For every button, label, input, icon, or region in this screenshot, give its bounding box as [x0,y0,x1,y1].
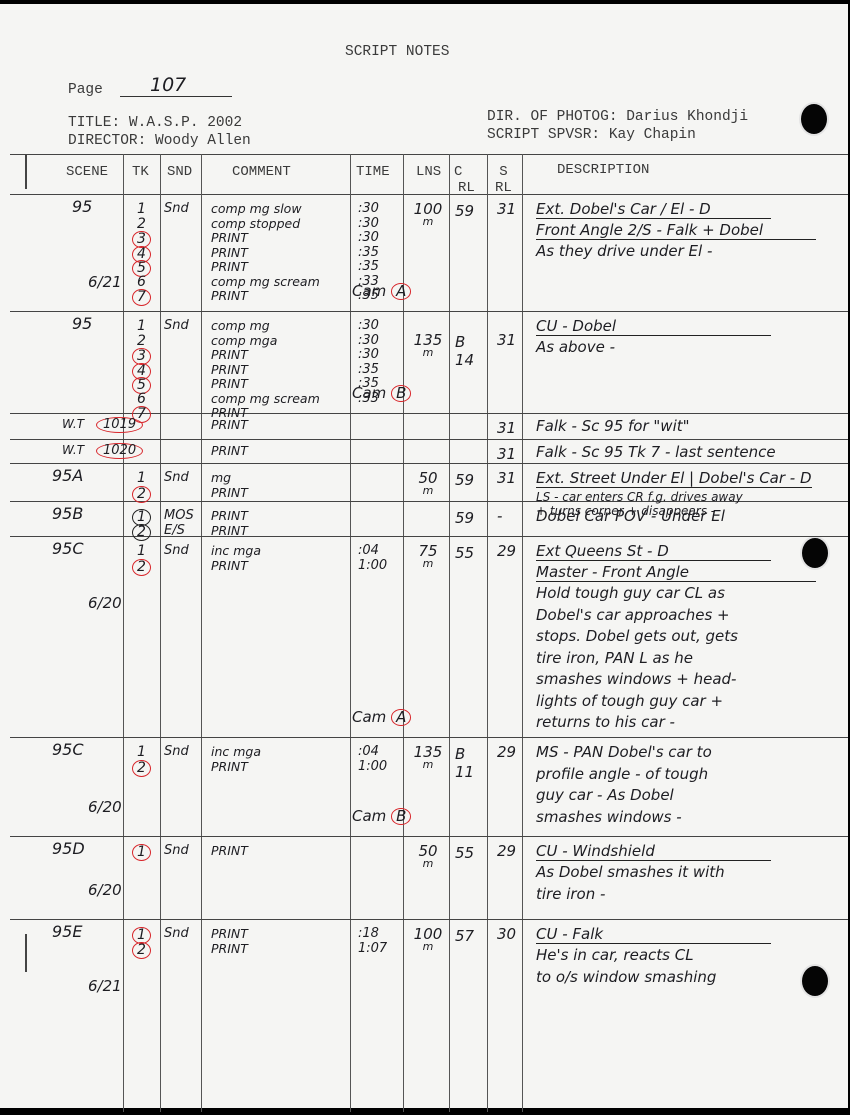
text: Snd [164,844,189,859]
text: Snd [164,745,189,760]
comment-entry: PRINT [211,231,320,246]
col-srl: S RL [495,164,512,196]
take-time [358,406,379,421]
text: 1020 [96,443,143,459]
comment-entry: comp mg slow [211,202,320,217]
lens-cell: 100m [411,202,445,226]
sound-cell: Snd [164,745,189,760]
description-text: Falk - Sc 95 for "wit" [536,417,690,435]
row-divider [10,439,848,440]
comment-entry: PRINT [211,418,248,433]
comment-entry: PRINT [211,509,248,524]
page-label: Page [68,82,103,98]
camera-roll-cell: 59 [455,509,474,527]
sound-roll-cell: 29 [497,745,516,760]
camera-roll-cell: 57 [455,927,474,945]
camera-mark: Cam A [352,283,411,300]
comment-list: mgPRINT [211,471,248,500]
text: m [411,486,445,495]
text: 2 [132,486,151,503]
sound-cell: Snd [164,927,189,942]
sound-cell: Snd [164,319,189,334]
take-number: 2 [123,334,160,349]
description-heading: Ext. Dobel's Car / El - D [536,200,771,219]
time-list: :041:00 [358,745,387,774]
description-heading: Front Angle 2/S - Falk + Dobel [536,221,816,240]
text: m [411,859,445,868]
page-number: 107 [150,74,186,96]
take-number-circled: 2 [123,559,160,574]
col-tk: TK [132,164,149,180]
director-line: DIRECTOR: Woody Allen [68,132,251,150]
margin-mark [25,154,27,189]
comment-entry: mg [211,471,248,486]
sound-roll-cell: 29 [497,544,516,559]
text: W.T [62,417,84,431]
camera-roll-cell: 59 [455,471,474,489]
scene-cell: 95B [52,507,83,522]
comment-list: comp mgcomp mgaPRINTPRINTPRINTcomp mg sc… [211,319,320,421]
text: A [391,709,411,726]
text: 2 [132,760,151,777]
take-time: :18 [358,927,387,942]
take-number: 1 [123,544,160,559]
comment-entry: inc mga [211,745,261,760]
sound-roll-cell: 31 [497,447,516,462]
sound-roll-cell: 29 [497,844,516,859]
row-divider [10,737,848,738]
description-text: Dobel's car approaches + [536,606,730,624]
text: B [455,333,474,351]
comment-entry: PRINT [211,377,320,392]
comment-entry: PRINT [211,289,320,304]
take-time: :30 [358,202,379,217]
row-divider [10,836,848,837]
scene-cell: 95A [52,469,83,484]
camera-roll-cell: B11 [455,745,474,781]
take-list: 12 [123,745,160,774]
description-text: smashes windows + head- [536,670,736,688]
header-right: DIR. OF PHOTOG: Darius Khondji SCRIPT SP… [487,108,748,144]
sound-roll-cell: 31 [497,333,516,348]
lens-cell: 50m [411,844,445,868]
take-number: 1 [123,471,160,486]
time-list: :181:07 [358,927,387,956]
supervisor-line: SCRIPT SPVSR: Kay Chapin [487,126,748,144]
take-number: 1 [123,745,160,760]
take-time: :30 [358,231,379,246]
description-text: Dobel Car POV - Under El [536,507,725,525]
comment-entry: inc mga [211,544,261,559]
camera-mark: Cam B [352,385,411,402]
camera-roll-cell: 59 [455,202,474,220]
sound-roll-cell: 31 [497,202,516,217]
take-time: :35 [358,246,379,261]
take-number-circled: 1 [123,844,160,859]
description-text: returns to his car - [536,713,675,731]
take-list: 12 [123,471,160,500]
text: Snd [164,319,189,334]
text: A [391,283,411,300]
text: MOS [164,509,194,524]
comment-entry: comp stopped [211,217,320,232]
lens-cell: 100m [411,927,445,951]
description-text: tire iron, PAN L as he [536,649,693,667]
col-time: TIME [356,164,390,180]
comment-entry: PRINT [211,927,248,942]
take-time: :30 [358,319,379,334]
take-number-circled: 7 [123,289,160,304]
text: Snd [164,927,189,942]
comment-entry: PRINT [211,486,248,501]
comment-entry: PRINT [211,942,248,957]
text: Snd [164,471,189,486]
take-list: 12 [123,544,160,573]
text: B [455,745,474,763]
sound-roll-cell: 31 [497,421,516,436]
take-number-circled: 4 [123,363,160,378]
shoot-date: 6/20 [88,800,122,815]
description-text: As they drive under El - [536,242,712,260]
take-number-circled: 3 [123,348,160,363]
column-divider [160,154,161,1112]
text: B [391,385,411,402]
take-number-circled: 2 [123,942,160,957]
take-time: :35 [358,363,379,378]
text: 14 [455,351,474,369]
shoot-date: 6/21 [88,979,122,994]
col-comment: COMMENT [232,164,291,180]
take-number-circled: 5 [123,377,160,392]
row-divider [10,311,848,312]
text: Snd [164,544,189,559]
text: 2 [132,524,151,541]
description-heading: Ext Queens St - D [536,542,771,561]
col-lns: LNS [416,164,441,180]
comment-entry: comp mg scream [211,392,320,407]
lens-cell: 50m [411,471,445,495]
lens-cell: 135m [411,333,445,357]
take-time: :04 [358,544,387,559]
scene-cell: 95 [72,317,92,332]
text: 59 [455,471,474,489]
lens-cell: 135m [411,745,445,769]
col-crl: C RL [454,164,475,196]
description-text: stops. Dobel gets out, gets [536,627,738,645]
description-heading: CU - Falk [536,925,771,944]
description-text: LS - car enters CR f.g. drives away [536,490,743,504]
camera-roll-cell: 55 [455,544,474,562]
punch-hole-top [801,104,827,134]
column-divider [487,154,488,1112]
time-list: :30:30:30:35:35:33 [358,319,379,421]
description-text: to o/s window smashing [536,968,716,986]
description-heading: CU - Dobel [536,317,771,336]
description-text: He's in car, reacts CL [536,946,694,964]
scene-cell: 95C [52,542,84,557]
dop-line: DIR. OF PHOTOG: Darius Khondji [487,108,748,126]
col-scene: SCENE [66,164,108,180]
take-time: 1:00 [358,559,387,574]
sound-roll-cell: 30 [497,927,516,942]
scene-cell: 95E [52,925,82,940]
column-divider [201,154,202,1112]
take-time: :30 [358,217,379,232]
text: 2 [132,942,151,959]
comment-entry: PRINT [211,246,320,261]
camera-mark: Cam B [352,808,411,825]
text: Snd [164,202,189,217]
comment-entry: PRINT [211,348,320,363]
script-notes-page: SCRIPT NOTES Page 107 TITLE: W.A.S.P. 20… [0,4,848,1108]
column-divider [350,154,351,1112]
shoot-date: 6/20 [88,596,122,611]
row-divider [10,154,848,155]
description-text: Hold tough guy car CL as [536,584,725,602]
comment-list: comp mg slowcomp stoppedPRINTPRINTPRINTc… [211,202,320,304]
scene-cell: 95C [52,743,84,758]
comment-entry: comp mga [211,334,320,349]
description-text: As Dobel smashes it with [536,863,725,881]
take-number-circled: 1 [123,927,160,942]
take-time: :30 [358,348,379,363]
take-number-circled: 4 [123,246,160,261]
comment-list: PRINT [211,444,248,459]
description-text: profile angle - of tough [536,765,708,783]
description-text: As above - [536,338,615,356]
col-snd: SND [167,164,192,180]
shoot-date: 6/20 [88,883,122,898]
take-list: 1234567 [123,319,160,421]
text: 1 [132,844,151,861]
comment-entry: PRINT [211,524,248,539]
description-text: guy car - As Dobel [536,786,674,804]
take-list: 12 [123,927,160,956]
sound-cell: Snd [164,544,189,559]
text: E/S [164,524,194,539]
col-description: DESCRIPTION [557,162,649,178]
camera-roll-cell: B14 [455,333,474,369]
text: 59 [455,202,474,220]
text: Cam [352,384,386,402]
text: m [411,559,445,568]
take-number-circled: 2 [123,524,160,539]
description-heading: CU - Windshield [536,842,771,861]
text: Cam [352,807,386,825]
row-divider [10,463,848,464]
description-text: smashes windows - [536,808,682,826]
take-number-circled: 2 [123,486,160,501]
description-text: MS - PAN Dobel's car to [536,743,712,761]
text: 55 [455,544,474,562]
comment-entry: PRINT [211,844,248,859]
camera-mark: Cam A [352,709,411,726]
text: 7 [132,289,151,306]
row-divider [10,919,848,920]
comment-list: PRINTPRINT [211,509,248,538]
comment-entry: PRINT [211,363,320,378]
row-divider [10,194,848,195]
comment-entry: PRINT [211,444,248,459]
comment-entry: comp mg [211,319,320,334]
title-line: TITLE: W.A.S.P. 2002 [68,114,251,132]
scene-cell: W.T [62,443,84,458]
text: B [391,808,411,825]
comment-list: PRINT [211,418,248,433]
text: 2 [132,559,151,576]
comment-list: inc mgaPRINT [211,544,261,573]
sound-cell: MOSE/S [164,509,194,538]
column-divider [522,154,523,1112]
take-time: 1:07 [358,942,387,957]
take-number: 6 [123,392,160,407]
take-list: 1 [123,844,160,859]
take-time: 1:00 [358,760,387,775]
take-number: 2 [123,217,160,232]
take-time: :30 [358,334,379,349]
sound-cell: Snd [164,471,189,486]
comment-list: PRINT [211,844,248,859]
header-left: TITLE: W.A.S.P. 2002 DIRECTOR: Woody All… [68,114,251,150]
text: 1019 [96,417,143,433]
text: W.T [62,443,84,457]
description-heading: Master - Front Angle [536,563,816,582]
take-list: 1234567 [123,202,160,304]
comment-entry: PRINT [211,559,261,574]
take-number-circled: 3 [123,231,160,246]
comment-entry: PRINT [211,260,320,275]
comment-list: inc mgaPRINT [211,745,261,774]
text: Cam [352,282,386,300]
shoot-date: 6/21 [88,275,122,290]
punch-hole-bottom [802,966,828,996]
scene-cell: 95D [52,842,85,857]
take-number: 6 [123,275,160,290]
take-time: :04 [358,745,387,760]
take-number: 1 [123,319,160,334]
description-heading: Ext. Street Under El | Dobel's Car - D [536,469,812,488]
margin-mark [25,934,27,972]
text: 59 [455,509,474,527]
comment-entry: comp mg scream [211,275,320,290]
document-heading: SCRIPT NOTES [345,44,449,60]
sound-cell: Snd [164,202,189,217]
camera-roll-cell: 55 [455,844,474,862]
take-number-circled: 2 [123,760,160,775]
lens-cell: 75m [411,544,445,568]
text: 55 [455,844,474,862]
page-number-line [120,96,232,97]
text: Cam [352,708,386,726]
text: 57 [455,927,474,945]
sound-cell: Snd [164,844,189,859]
take-number-circled: 5 [123,260,160,275]
time-list: :041:00 [358,544,387,573]
take-number-circled: 1 [123,509,160,524]
wild-track-number: 1020 [96,443,143,459]
comment-list: PRINTPRINT [211,927,248,956]
take-number: 1 [123,202,160,217]
sound-roll-cell: 31 [497,471,516,486]
comment-entry: PRINT [211,760,261,775]
sound-roll-cell: - [497,509,502,524]
description-text: tire iron - [536,885,605,903]
scene-cell: 95 [72,200,92,215]
text: 11 [455,763,474,781]
take-time: :35 [358,260,379,275]
scene-cell: W.T [62,417,84,432]
description-text: lights of tough guy car + [536,692,723,710]
take-list: 12 [123,509,160,538]
column-divider [449,154,450,1112]
description-text: Falk - Sc 95 Tk 7 - last sentence [536,443,776,461]
wild-track-number: 1019 [96,417,143,433]
